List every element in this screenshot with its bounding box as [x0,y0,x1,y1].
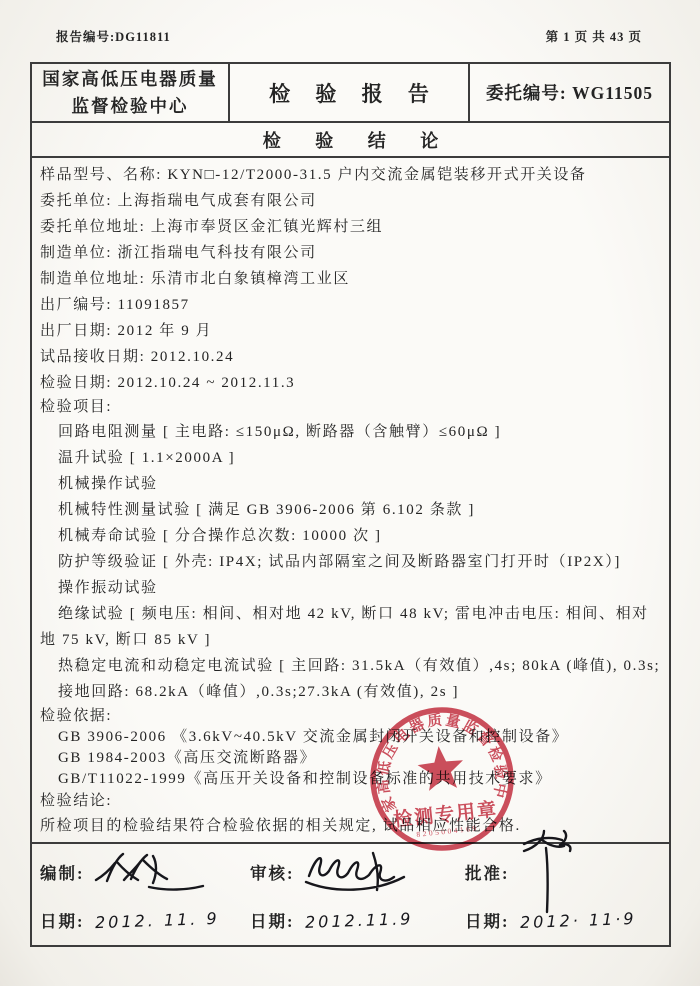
item-mechanical-operation: 机械操作试验 [40,471,659,497]
report-title: 检 验 报 告 [230,64,470,121]
prepare-date: 2012. 11. 9 [94,908,219,931]
report-body: 样品型号、名称: KYN□-12/T2000-31.5 户内交流金属铠装移开式开… [32,158,669,842]
page-indicator: 第 1 页 共 43 页 [546,27,642,45]
prepare-label: 编制: [40,860,85,884]
field-consigner: 委托单位: 上海指瑞电气成套有限公司 [40,188,659,214]
field-receive-date: 试品接收日期: 2012.10.24 [40,344,659,370]
report-page: 报告编号:DG11811 第 1 页 共 43 页 国家高低压电器质量 监督检验… [0,0,700,986]
approve-label: 批准: [465,860,510,884]
report-table: 国家高低压电器质量 监督检验中心 检 验 报 告 委托编号: WG11505 检… [30,62,671,947]
title-row: 国家高低压电器质量 监督检验中心 检 验 报 告 委托编号: WG11505 [32,64,669,123]
approve-signature [516,828,586,916]
field-factory-number: 出厂编号: 11091857 [40,292,659,318]
consignment-number: 委托编号: WG11505 [470,64,669,121]
label-conclusion: 检验结论: [40,790,659,813]
item-stability-current-2: 接地回路: 68.2kA（峰值）,0.3s;27.3kA (有效值), 2s ] [40,679,659,705]
field-manufacturer: 制造单位: 浙江指瑞电气科技有限公司 [40,240,659,266]
item-protection-degree: 防护等级验证 [ 外壳: IP4X; 试品内部隔室之间及断路器室门打开时（IP2… [40,549,659,575]
item-mechanical-characteristics: 机械特性测量试验 [ 满足 GB 3906-2006 第 6.102 条款 ] [40,497,659,523]
approve-date: 2012· 11·9 [519,908,636,931]
item-temperature-rise: 温升试验 [ 1.1×2000A ] [40,445,659,471]
section-title: 检 验 结 论 [32,123,669,158]
item-vibration: 操作振动试验 [40,575,659,601]
field-factory-date: 出厂日期: 2012 年 9 月 [40,318,659,344]
item-insulation-1: 绝缘试验 [ 频电压: 相间、相对地 42 kV, 断口 48 kV; 雷电冲击… [40,601,659,627]
item-loop-resistance: 回路电阻测量 [ 主电路: ≤150μΩ, 断路器（含触臂）≤60μΩ ] [40,419,659,445]
signature-row: 编制: 审核: 批准: [32,844,669,899]
review-date: 2012.11.9 [304,909,413,932]
item-insulation-2: 地 75 kV, 断口 85 kV ] [40,627,659,653]
prepare-date-label: 日期: [40,908,85,932]
field-inspection-date: 检验日期: 2012.10.24 ~ 2012.11.3 [40,370,659,396]
field-consigner-address: 委托单位地址: 上海市奉贤区金汇镇光辉村三组 [40,214,659,240]
report-number: 报告编号:DG11811 [56,27,171,45]
org-name: 国家高低压电器质量 监督检验中心 [32,64,230,121]
label-inspection-basis: 检验依据: [40,705,659,727]
item-stability-current-1: 热稳定电流和动稳定电流试验 [ 主回路: 31.5kA（有效值）,4s; 80k… [40,653,659,679]
label-inspection-items: 检验项目: [40,396,659,419]
signature-section: 编制: 审核: 批准: [32,842,669,945]
basis-gb1984: GB 1984-2003《高压交流断路器》 [40,748,659,769]
approve-date-label: 日期: [465,908,510,932]
field-sample-model: 样品型号、名称: KYN□-12/T2000-31.5 户内交流金属铠装移开式开… [40,162,659,188]
review-signature [301,848,419,896]
review-label: 审核: [250,860,295,884]
field-manufacturer-address: 制造单位地址: 乐清市北白象镇樟湾工业区 [40,266,659,292]
review-date-label: 日期: [250,908,295,932]
org-name-line1: 国家高低压电器质量 [42,66,218,92]
basis-gbt11022: GB/T11022-1999《高压开关设备和控制设备标准的共用技术要求》 [40,769,659,790]
item-mechanical-life: 机械寿命试验 [ 分合操作总次数: 10000 次 ] [40,523,659,549]
prepare-signature [91,849,211,895]
org-name-line2: 监督检验中心 [72,93,189,119]
basis-gb3906: GB 3906-2006 《3.6kV~40.5kV 交流金属封闭开关设备和控制… [40,727,659,748]
